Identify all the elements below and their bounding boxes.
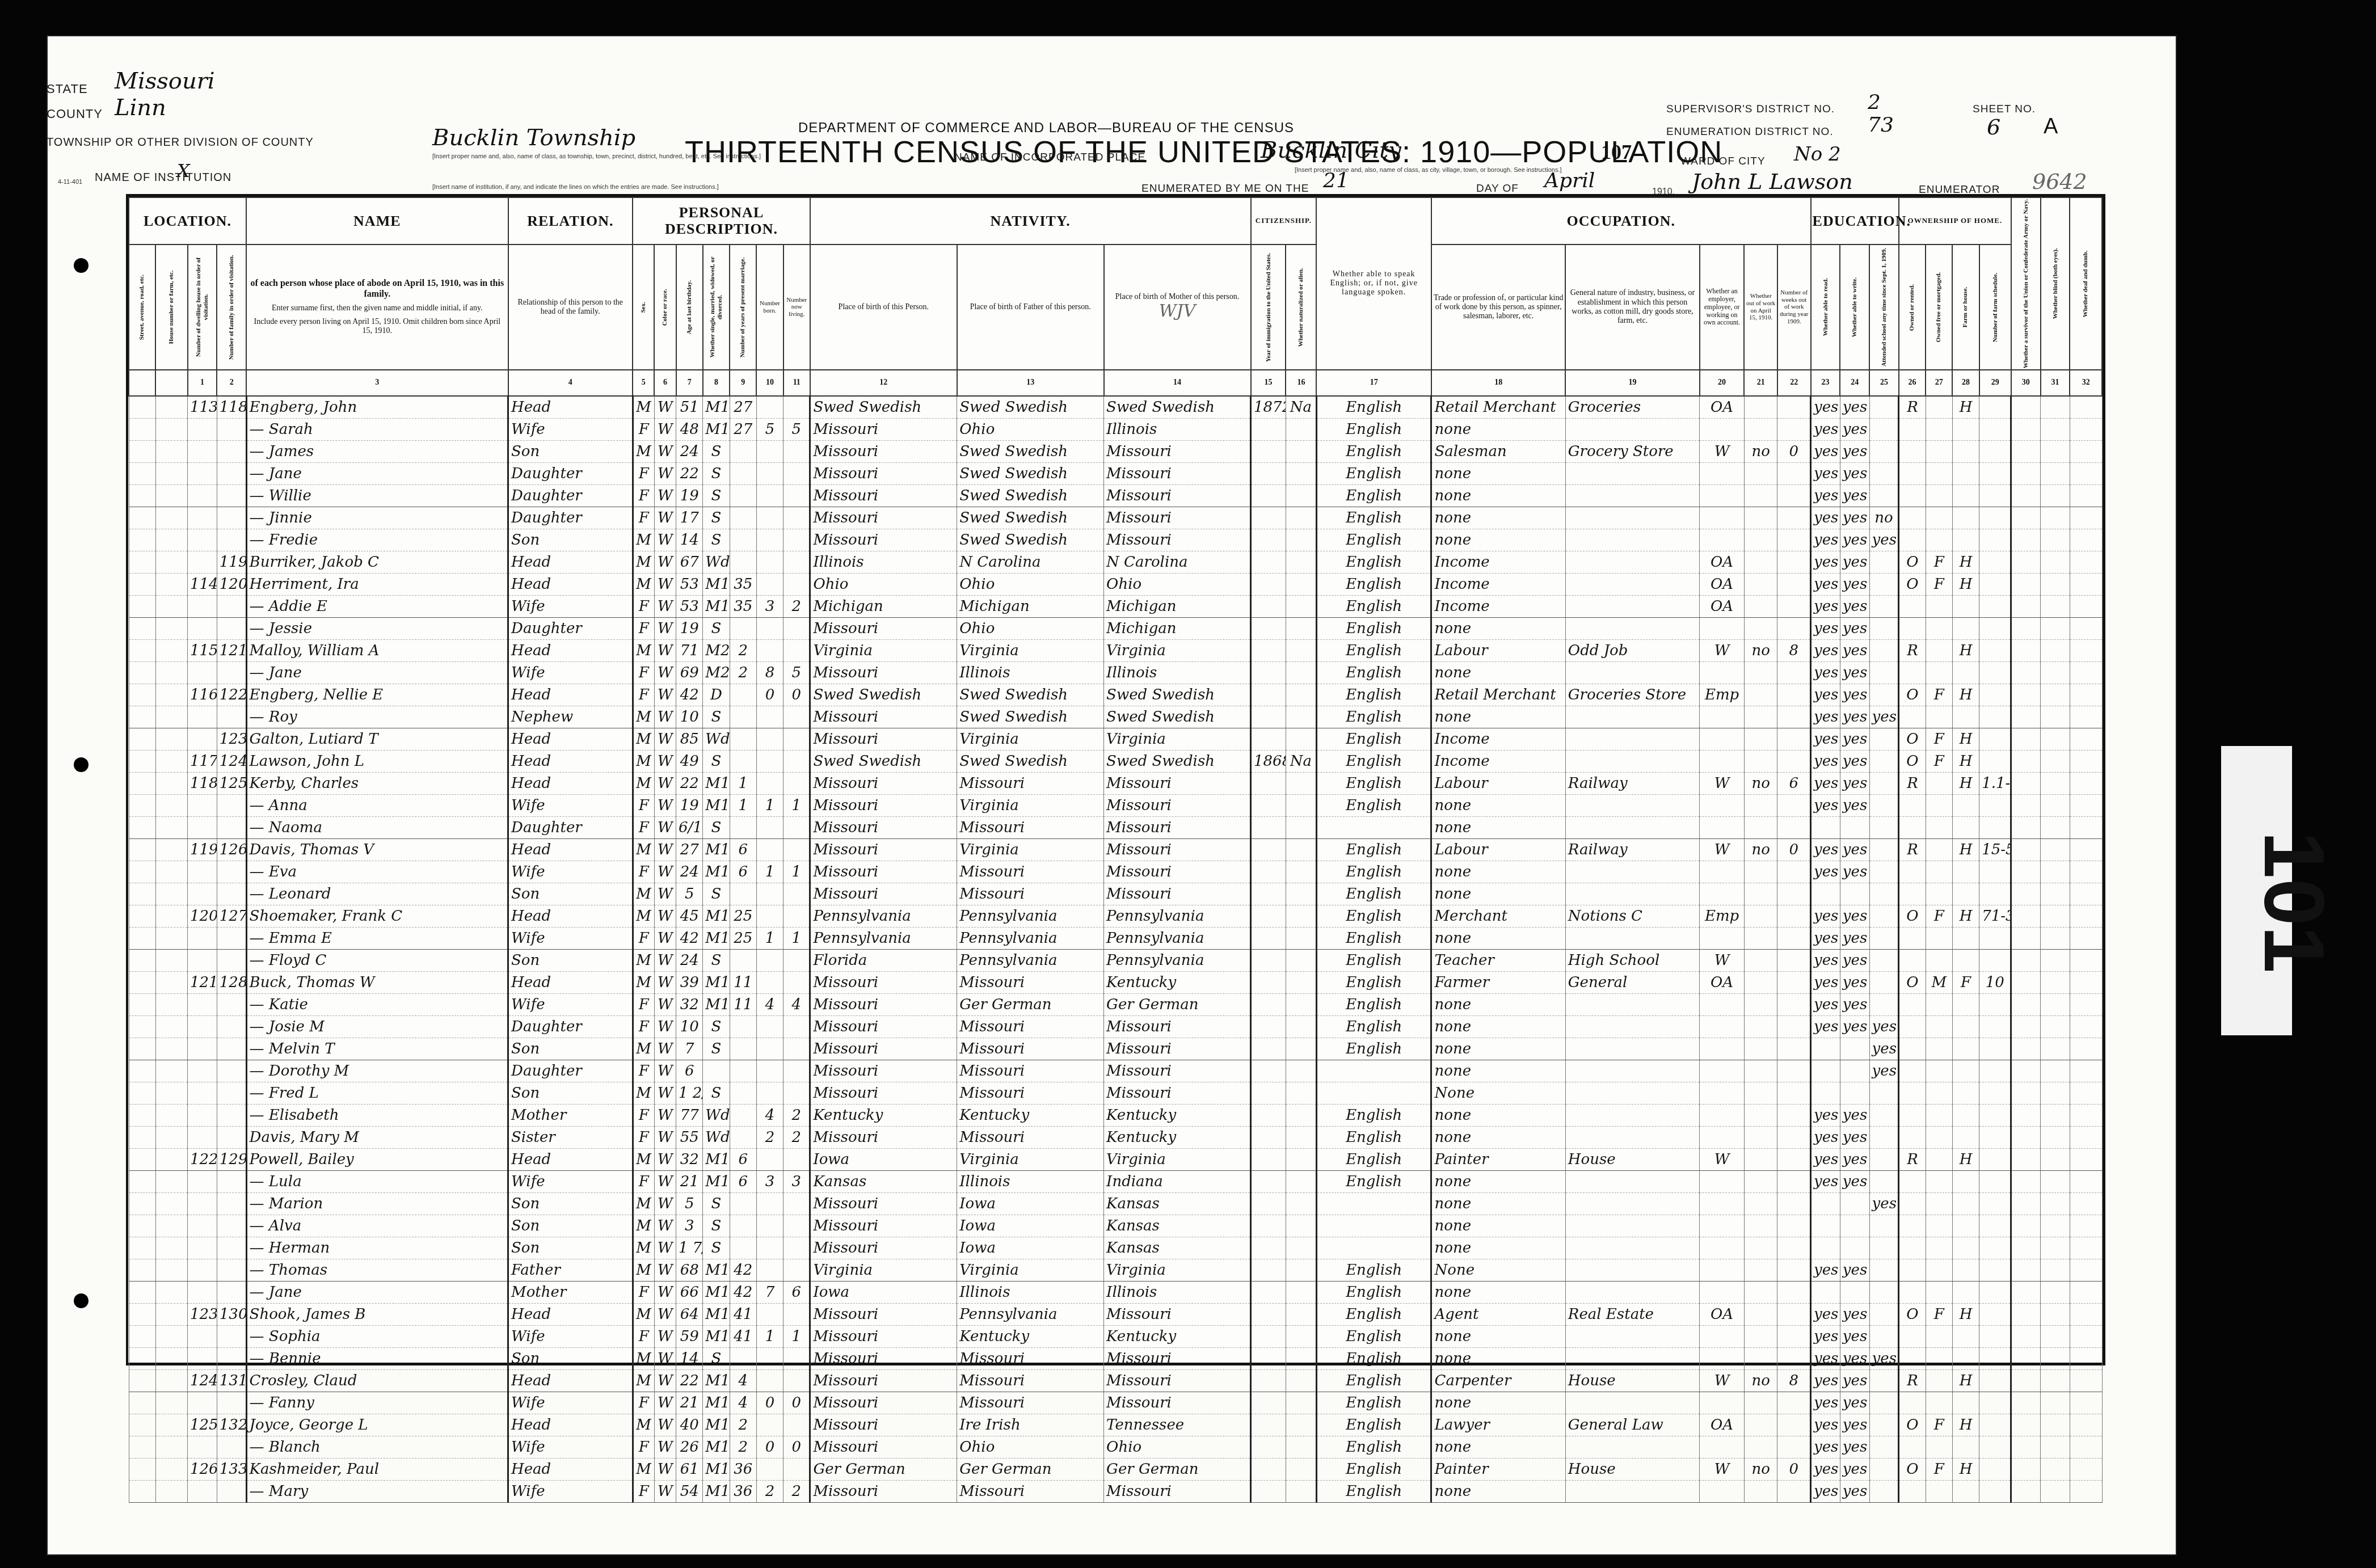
cell-industry (1565, 1326, 1699, 1348)
cell-sex: F (633, 1282, 654, 1304)
cell-owned (1899, 795, 1926, 817)
cell-empty (129, 1282, 155, 1304)
cell-living: 2 (783, 596, 810, 618)
cell-marital: S (703, 441, 730, 463)
cell-trade: Salesman (1431, 441, 1565, 463)
cell-write: yes (1840, 1105, 1869, 1127)
cell-father-birth: Swed Swedish (957, 684, 1104, 706)
cell-empty (2011, 1414, 2041, 1436)
cell-school (1869, 728, 1899, 751)
cell-employer (1700, 1215, 1745, 1237)
cell-empty (2070, 1304, 2102, 1326)
cell-immigration (1251, 905, 1286, 928)
cell-trade: Labour (1431, 640, 1565, 662)
table-row: — RoyNephewMW10SMissouriSwed SwedishSwed… (129, 706, 2102, 728)
binder-hole (74, 757, 89, 772)
cell-empty (155, 1392, 187, 1414)
cell-owned: R (1899, 773, 1926, 795)
cell-mother-birth: Kentucky (1104, 1127, 1251, 1149)
cell-marital: M1 (703, 928, 730, 950)
cell-born (756, 1259, 783, 1282)
cell-sex: M (633, 1259, 654, 1282)
cell-age: 66 (676, 1282, 703, 1304)
cell-schedule (1979, 485, 2011, 507)
cell-born (756, 905, 783, 928)
cell-age: 19 (676, 618, 703, 640)
cell-empty (2011, 1127, 2041, 1149)
cell-farm (1952, 1105, 1979, 1127)
cell-father-birth: Missouri (957, 817, 1104, 839)
enumerator-note: 9642 (2032, 169, 2087, 194)
cell-name: — Fred L (246, 1082, 508, 1105)
cell-living (783, 441, 810, 463)
cell-school (1869, 1259, 1899, 1282)
cell-years-married: 25 (730, 905, 756, 928)
cell-dwelling (188, 662, 217, 684)
cell-write: yes (1840, 1127, 1869, 1149)
cell-farm (1952, 795, 1979, 817)
cell-years-married (730, 950, 756, 972)
cell-dwelling: 118 (188, 773, 217, 795)
cell-read: yes (1811, 463, 1840, 485)
school-header: Attended school any time since Sept. 1, … (1869, 245, 1899, 370)
cell-age: 24 (676, 861, 703, 883)
cell-out-of-work (1744, 905, 1777, 928)
cell-immigration (1251, 1105, 1286, 1127)
cell-schedule (1979, 1414, 2011, 1436)
cell-read: yes (1811, 972, 1840, 994)
cell-mother-birth: Missouri (1104, 817, 1251, 839)
cell-weeks-out: 8 (1777, 640, 1811, 662)
cell-out-of-work (1744, 972, 1777, 994)
cell-race: W (654, 1481, 676, 1503)
cell-out-of-work (1744, 596, 1777, 618)
cell-owned (1899, 994, 1926, 1016)
cell-years-married (730, 1060, 756, 1082)
birthplace-father-header: Place of birth of Father of this person. (957, 245, 1104, 370)
cell-empty (2011, 1282, 2041, 1304)
cell-marital: S (703, 751, 730, 773)
cell-naturalized (1286, 883, 1316, 905)
cell-weeks-out (1777, 485, 1811, 507)
cell-read: yes (1811, 1459, 1840, 1481)
cell-trade: none (1431, 817, 1565, 839)
cell-schedule (1979, 1237, 2011, 1259)
cell-mother-birth: Missouri (1104, 773, 1251, 795)
cell-owned (1899, 1082, 1926, 1105)
column-number: 1 (188, 370, 217, 396)
cell-marital: S (703, 507, 730, 529)
cell-employer: OA (1700, 596, 1745, 618)
cell-empty (2070, 994, 2102, 1016)
cell-owned: O (1899, 551, 1926, 574)
cell-immigration (1251, 928, 1286, 950)
cell-name: — James (246, 441, 508, 463)
cell-empty (2011, 529, 2041, 551)
cell-school (1869, 839, 1899, 861)
cell-dwelling (188, 618, 217, 640)
cell-birth: Missouri (810, 728, 957, 751)
cell-write (1840, 1038, 1869, 1060)
cell-father-birth: Swed Swedish (957, 485, 1104, 507)
cell-empty (2041, 640, 2070, 662)
cell-employer (1700, 1436, 1745, 1459)
sheet-number: 6 (1987, 115, 2000, 140)
cell-industry (1565, 1171, 1699, 1193)
cell-immigration (1251, 773, 1286, 795)
cell-naturalized (1286, 1215, 1316, 1237)
cell-years-married: 41 (730, 1304, 756, 1326)
cell-living (783, 883, 810, 905)
cell-born: 8 (756, 662, 783, 684)
cell-born (756, 972, 783, 994)
cell-birth: Swed Swedish (810, 751, 957, 773)
cell-naturalized (1286, 839, 1316, 861)
cell-out-of-work (1744, 1171, 1777, 1193)
cell-born: 0 (756, 1392, 783, 1414)
cell-empty (129, 1414, 155, 1436)
cell-empty (129, 751, 155, 773)
cell-dwelling (188, 817, 217, 839)
cell-birth: Missouri (810, 1481, 957, 1503)
cell-empty (129, 994, 155, 1016)
cell-empty (2070, 529, 2102, 551)
cell-trade: none (1431, 795, 1565, 817)
cell-dwelling (188, 1215, 217, 1237)
table-row: 126133Kashmeider, PaulHeadMW61M136Ger Ge… (129, 1459, 2102, 1481)
cell-years-married (730, 751, 756, 773)
cell-immigration (1251, 662, 1286, 684)
cell-sex: F (633, 1326, 654, 1348)
cell-empty (2011, 773, 2041, 795)
cell-age: 14 (676, 529, 703, 551)
table-row: 116122Engberg, Nellie EHeadFW42D00Swed S… (129, 684, 2102, 706)
cell-out-of-work: no (1744, 1370, 1777, 1392)
cell-empty (155, 463, 187, 485)
cell-employer: W (1700, 1149, 1745, 1171)
cell-sex: F (633, 684, 654, 706)
cell-immigration (1251, 1038, 1286, 1060)
cell-sex: F (633, 1481, 654, 1503)
cell-trade: none (1431, 618, 1565, 640)
cell-name: — Jane (246, 463, 508, 485)
cell-marital: M1 (703, 419, 730, 441)
cell-age: 53 (676, 596, 703, 618)
cell-family (217, 950, 246, 972)
cell-language: English (1316, 1105, 1431, 1127)
cell-empty (2011, 1038, 2041, 1060)
cell-father-birth: Illinois (957, 1282, 1104, 1304)
cell-free (1926, 1082, 1952, 1105)
cell-write: yes (1840, 950, 1869, 972)
cell-language: English (1316, 1481, 1431, 1503)
cell-empty (155, 1436, 187, 1459)
cell-language (1316, 817, 1431, 839)
cell-relation: Wife (508, 994, 633, 1016)
table-row: — AlvaSonMW3SMissouriIowaKansasnone (129, 1215, 2102, 1237)
enumerated-label: ENUMERATED BY ME ON THE (1141, 183, 1309, 195)
cell-weeks-out (1777, 728, 1811, 751)
cell-mother-birth: Kansas (1104, 1193, 1251, 1215)
cell-industry (1565, 994, 1699, 1016)
cell-family: 124 (217, 751, 246, 773)
cell-out-of-work (1744, 1060, 1777, 1082)
cell-farm (1952, 596, 1979, 618)
cell-empty (2041, 1459, 2070, 1481)
cell-born: 0 (756, 684, 783, 706)
cell-farm (1952, 485, 1979, 507)
cell-industry (1565, 574, 1699, 596)
name-description: of each person whose place of abode on A… (248, 279, 506, 300)
cell-free: F (1926, 684, 1952, 706)
cell-born (756, 1193, 783, 1215)
cell-schedule (1979, 1282, 2011, 1304)
cell-mother-birth: Pennsylvania (1104, 905, 1251, 928)
cell-write: yes (1840, 972, 1869, 994)
cell-living (783, 463, 810, 485)
cell-living: 0 (783, 1392, 810, 1414)
cell-write: yes (1840, 1481, 1869, 1503)
cell-industry: Notions C (1565, 905, 1699, 928)
cell-race: W (654, 551, 676, 574)
cell-born: 4 (756, 1105, 783, 1127)
cell-school: yes (1869, 1348, 1899, 1370)
cell-born: 2 (756, 1481, 783, 1503)
cell-empty (2041, 1414, 2070, 1436)
cell-relation: Wife (508, 662, 633, 684)
cell-employer: W (1700, 950, 1745, 972)
cell-empty (2011, 396, 2041, 419)
cell-dwelling (188, 950, 217, 972)
cell-birth: Virginia (810, 1259, 957, 1282)
cell-farm (1952, 1127, 1979, 1149)
read-header: Whether able to read. (1811, 245, 1840, 370)
cell-dwelling (188, 507, 217, 529)
cell-dwelling (188, 1259, 217, 1282)
cell-language: English (1316, 795, 1431, 817)
cell-read (1811, 1060, 1840, 1082)
cell-empty (2011, 1237, 2041, 1259)
cell-farm: H (1952, 684, 1979, 706)
cell-race: W (654, 1237, 676, 1259)
cell-weeks-out: 0 (1777, 441, 1811, 463)
cell-family (217, 485, 246, 507)
cell-relation: Daughter (508, 1060, 633, 1082)
cell-race: W (654, 1459, 676, 1481)
cell-school (1869, 662, 1899, 684)
cell-father-birth: Virginia (957, 839, 1104, 861)
cell-race: W (654, 1304, 676, 1326)
cell-immigration (1251, 706, 1286, 728)
cell-out-of-work (1744, 928, 1777, 950)
cell-name: — Katie (246, 994, 508, 1016)
cell-marital: S (703, 1237, 730, 1259)
cell-schedule (1979, 1481, 2011, 1503)
cell-relation: Wife (508, 1481, 633, 1503)
cell-school: yes (1869, 1193, 1899, 1215)
cell-empty (2011, 1016, 2041, 1038)
cell-schedule (1979, 1215, 2011, 1237)
cell-weeks-out (1777, 1171, 1811, 1193)
table-row: — MaryWifeFW54M13622MissouriMissouriMiss… (129, 1481, 2102, 1503)
cell-trade: none (1431, 485, 1565, 507)
cell-marital: M1 (703, 994, 730, 1016)
cell-owned: O (1899, 972, 1926, 994)
cell-farm (1952, 1215, 1979, 1237)
cell-industry: General (1565, 972, 1699, 994)
table-row: 122129Powell, BaileyHeadMW32M16IowaVirgi… (129, 1149, 2102, 1171)
cell-empty (2011, 596, 2041, 618)
cell-industry (1565, 1215, 1699, 1237)
cell-farm: H (1952, 551, 1979, 574)
cell-language: English (1316, 596, 1431, 618)
cell-age: 39 (676, 972, 703, 994)
cell-industry (1565, 1016, 1699, 1038)
column-number: 6 (654, 370, 676, 396)
cell-farm (1952, 463, 1979, 485)
cell-father-birth: Ohio (957, 618, 1104, 640)
cell-schedule (1979, 1193, 2011, 1215)
cell-school (1869, 817, 1899, 839)
cell-age: 6/12 (676, 817, 703, 839)
cell-age: 10 (676, 706, 703, 728)
cell-trade: Merchant (1431, 905, 1565, 928)
column-number: 24 (1840, 370, 1869, 396)
cell-relation: Head (508, 728, 633, 751)
cell-father-birth: Illinois (957, 662, 1104, 684)
cell-trade: Carpenter (1431, 1370, 1565, 1392)
cell-school (1869, 1459, 1899, 1481)
cell-industry (1565, 1060, 1699, 1082)
cell-empty (2011, 507, 2041, 529)
cell-dwelling (188, 795, 217, 817)
cell-years-married (730, 1193, 756, 1215)
cell-school (1869, 596, 1899, 618)
cell-farm (1952, 1392, 1979, 1414)
cell-write: yes (1840, 1414, 1869, 1436)
cell-marital: M1 (703, 396, 730, 419)
cell-immigration (1251, 1060, 1286, 1082)
cell-birth: Kansas (810, 1171, 957, 1193)
cell-schedule: 10 (1979, 972, 2011, 994)
cell-industry (1565, 1348, 1699, 1370)
cell-school (1869, 1436, 1899, 1459)
cell-trade: none (1431, 706, 1565, 728)
cell-empty (2070, 1326, 2102, 1348)
cell-age: 48 (676, 419, 703, 441)
cell-owned: R (1899, 640, 1926, 662)
cell-age: 49 (676, 751, 703, 773)
cell-age: 68 (676, 1259, 703, 1282)
cell-read: yes (1811, 596, 1840, 618)
cell-sex: F (633, 861, 654, 883)
cell-father-birth: Virginia (957, 1149, 1104, 1171)
cell-father-birth: Swed Swedish (957, 463, 1104, 485)
street-header: Street, avenue, road, etc. (129, 245, 155, 370)
out-of-work-header: Whether out of work on April 15, 1910. (1744, 245, 1777, 370)
cell-free (1926, 1326, 1952, 1348)
cell-relation: Head (508, 1414, 633, 1436)
cell-living (783, 1193, 810, 1215)
cell-name: Shoemaker, Frank C (246, 905, 508, 928)
cell-owned (1899, 706, 1926, 728)
cell-industry (1565, 1237, 1699, 1259)
column-number: 28 (1952, 370, 1979, 396)
cell-out-of-work (1744, 419, 1777, 441)
cell-read: yes (1811, 574, 1840, 596)
cell-empty (2041, 817, 2070, 839)
cell-write: yes (1840, 1459, 1869, 1481)
cell-dwelling (188, 1060, 217, 1082)
cell-employer (1700, 1193, 1745, 1215)
cell-marital: S (703, 1016, 730, 1038)
cell-industry: Railway (1565, 839, 1699, 861)
cell-dwelling: 123 (188, 1304, 217, 1326)
cell-empty (129, 1193, 155, 1215)
table-row: — JaneMotherFW66M14276IowaIllinoisIllino… (129, 1282, 2102, 1304)
cell-living (783, 1259, 810, 1282)
cell-relation: Wife (508, 1326, 633, 1348)
cell-living (783, 529, 810, 551)
cell-industry (1565, 1193, 1699, 1215)
cell-family: 123 (217, 728, 246, 751)
cell-immigration (1251, 640, 1286, 662)
side-stamp-number: 101 (2245, 831, 2343, 973)
cell-owned (1899, 1348, 1926, 1370)
cell-industry (1565, 1481, 1699, 1503)
cell-father-birth: Swed Swedish (957, 706, 1104, 728)
cell-empty (2070, 1149, 2102, 1171)
cell-out-of-work (1744, 1304, 1777, 1326)
cell-years-married: 42 (730, 1259, 756, 1282)
cell-relation: Nephew (508, 706, 633, 728)
cell-sex: F (633, 1392, 654, 1414)
cell-mother-birth: Pennsylvania (1104, 950, 1251, 972)
cell-dwelling (188, 706, 217, 728)
cell-naturalized (1286, 1149, 1316, 1171)
cell-weeks-out (1777, 861, 1811, 883)
cell-race: W (654, 1105, 676, 1127)
page-stamp: 107 (1601, 140, 1632, 164)
cell-family (217, 1193, 246, 1215)
ward-value: No 2 (1794, 143, 1841, 166)
cell-immigration (1251, 463, 1286, 485)
cell-naturalized (1286, 640, 1316, 662)
cell-years-married: 42 (730, 1282, 756, 1304)
cell-relation: Wife (508, 596, 633, 618)
cell-read: yes (1811, 795, 1840, 817)
cell-empty (2070, 1060, 2102, 1082)
cell-race: W (654, 928, 676, 950)
cell-empty (155, 1304, 187, 1326)
cell-naturalized (1286, 795, 1316, 817)
cell-school (1869, 883, 1899, 905)
cell-age: 51 (676, 396, 703, 419)
cell-write: yes (1840, 1370, 1869, 1392)
cell-immigration (1251, 551, 1286, 574)
cell-empty (2041, 618, 2070, 640)
cell-years-married: 36 (730, 1481, 756, 1503)
cell-employer (1700, 1259, 1745, 1282)
cell-language (1316, 1082, 1431, 1105)
cell-empty (155, 950, 187, 972)
cell-language: English (1316, 994, 1431, 1016)
cell-sex: F (633, 1171, 654, 1193)
cell-weeks-out (1777, 1060, 1811, 1082)
survivor-header: Whether a survivor of the Union or Confe… (2011, 197, 2041, 370)
cell-years-married (730, 1038, 756, 1060)
cell-empty (2070, 728, 2102, 751)
